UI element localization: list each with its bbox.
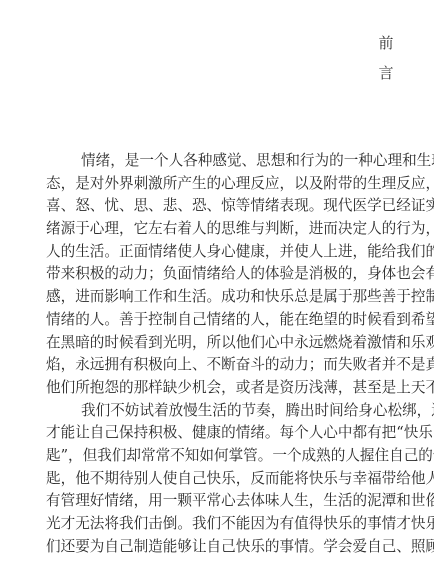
text-line: 态，是对外界刺激所产生的心理反应，以及附带的生理反应，包括 bbox=[46, 173, 392, 196]
heading-char-1: 前 bbox=[376, 28, 396, 58]
text-line: 情绪，是一个人各种感觉、思想和行为的一种心理和生理状 bbox=[46, 150, 392, 173]
text-line: 人的生活。正面情绪使人身心健康，并使人上进，能给我们的人生 bbox=[46, 241, 392, 264]
text-line: 匙，他不期待别人使自己快乐，反而能将快乐与幸福带给他人。只 bbox=[46, 468, 392, 491]
text-line: 才能让自己保持积极、健康的情绪。每个人心中都有把“快乐的钥 bbox=[46, 422, 392, 445]
text-line: 有管理好情绪，用一颗平常心去体味人生，生活的泥潭和世俗的眼 bbox=[46, 490, 392, 513]
text-line: 带来积极的动力；负面情绪给人的体验是消极的，身体也会有不适 bbox=[46, 263, 392, 286]
paragraph-2: 我们不妨试着放慢生活的节奏，腾出时间给身心松绑，这样 才能让自己保持积极、健康的… bbox=[46, 400, 392, 559]
text-line: 情绪的人。善于控制自己情绪的人，能在绝望的时候看到希望，能 bbox=[46, 309, 392, 332]
text-line: 光才无法将我们击倒。我们不能因为有值得快乐的事情才快乐，我 bbox=[46, 513, 392, 536]
text-line: 匙”，但我们却常常不知如何掌管。一个成熟的人握住自己的快乐钥 bbox=[46, 445, 392, 468]
heading-char-2: 言 bbox=[376, 58, 396, 88]
text-line: 绪源于心理，它左右着人的思维与判断，进而决定人的行为，影响 bbox=[46, 218, 392, 241]
paragraph-1: 情绪，是一个人各种感觉、思想和行为的一种心理和生理状 态，是对外界刺激所产生的心… bbox=[46, 150, 392, 400]
text-line: 他们所抱怨的那样缺少机会，或者是资历浅薄，甚至是上天不公。 bbox=[46, 377, 392, 400]
body-text: 情绪，是一个人各种感觉、思想和行为的一种心理和生理状 态，是对外界刺激所产生的心… bbox=[46, 150, 392, 558]
text-line: 焰，永远拥有积极向上、不断奋斗的动力；而失败者并不是真的像 bbox=[46, 354, 392, 377]
text-line: 感，进而影响工作和生活。成功和快乐总是属于那些善于控制自己 bbox=[46, 286, 392, 309]
text-line: 喜、怒、忧、思、悲、恐、惊等情绪表现。现代医学已经证实，情 bbox=[46, 195, 392, 218]
text-line: 在黑暗的时候看到光明，所以他们心中永远燃烧着激情和乐观的火 bbox=[46, 332, 392, 355]
text-line: 们还要为自己制造能够让自己快乐的事情。学会爱自己、照顾自己， bbox=[46, 536, 392, 559]
page-heading: 前 言 bbox=[376, 28, 396, 88]
text-line: 我们不妨试着放慢生活的节奏，腾出时间给身心松绑，这样 bbox=[46, 400, 392, 423]
